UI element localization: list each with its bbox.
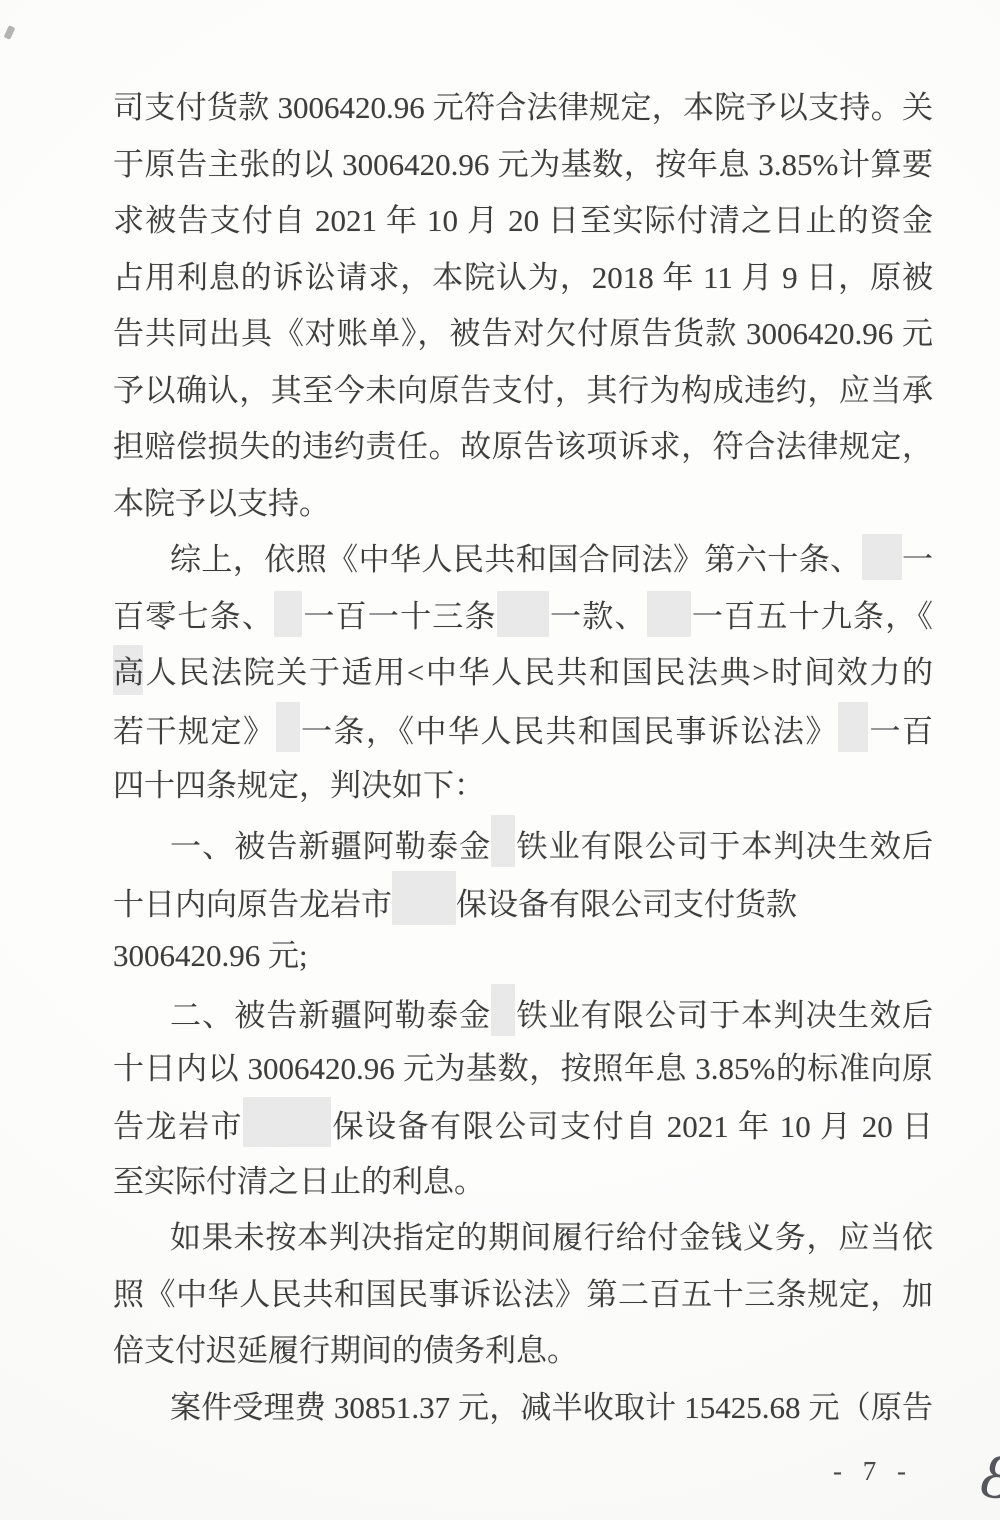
text-line: 3006420.96 元; — [113, 928, 933, 985]
text-line: 本院予以支持。 — [113, 476, 933, 533]
text-segment: 铁业有限公司于本判决生效后 — [515, 829, 933, 864]
text-line: 十日内以 3006420.96 元为基数，按照年息 3.85%的标准向原 — [113, 1041, 933, 1098]
page-number: - 7 - — [833, 1456, 913, 1487]
text-line: 四十四条规定，判决如下： — [113, 758, 933, 815]
text-segment: 司支付货款 3006420.96 元符合法律规定，本院予以支持。关 — [113, 90, 933, 125]
text-line: 高人民法院关于适用<中华人民共和国民法典>时间效力的 — [113, 645, 933, 702]
text-segment: 若干规定》 — [113, 714, 276, 749]
text-segment: 一条，《中华人民共和国民事诉讼法》 — [300, 714, 839, 749]
text-segment: 百零七条、 — [113, 599, 274, 634]
text-segment: 求被告支付自 2021 年 10 月 20 日至实际付清之日止的资金 — [113, 203, 933, 238]
redaction-block — [491, 815, 515, 867]
text-segment: 照《中华人民共和国民事诉讼法》第二百五十三条规定，加 — [113, 1277, 933, 1312]
text-line: 倍支付迟延履行期间的债务利息。 — [113, 1323, 933, 1380]
text-segment: 铁业有限公司于本判决生效后 — [515, 998, 933, 1033]
handwritten-page-mark: 8 — [976, 1438, 1000, 1516]
text-line: 至实际付清之日止的利息。 — [113, 1154, 933, 1211]
text-segment: 倍支付迟延履行期间的债务利息。 — [113, 1333, 578, 1368]
redaction-block — [276, 702, 300, 752]
text-line: 百零七条、一百一十三条一款、一百五十九条，《 — [113, 589, 933, 646]
text-segment: 本院予以支持。 — [113, 486, 330, 521]
text-line: 求被告支付自 2021 年 10 月 20 日至实际付清之日止的资金 — [113, 193, 933, 250]
text-segment: 十日内以 3006420.96 元为基数，按照年息 3.85%的标准向原 — [113, 1051, 933, 1086]
text-segment: 予以确认，其至今未向原告支付，其行为构成违约，应当承 — [113, 373, 933, 408]
text-segment: 二、被告新疆阿勒泰金 — [170, 998, 491, 1033]
text-line: 告共同出具《对账单》，被告对欠付原告货款 3006420.96 元 — [113, 306, 933, 363]
text-segment: 告共同出具《对账单》，被告对欠付原告货款 3006420.96 元 — [113, 316, 933, 351]
text-segment: 一款、 — [549, 599, 647, 634]
text-line: 于原告主张的以 3006420.96 元为基数，按年息 3.85%计算要 — [113, 137, 933, 194]
text-line: 一、被告新疆阿勒泰金铁业有限公司于本判决生效后 — [113, 815, 933, 872]
redaction-block — [862, 534, 902, 580]
text-line: 司支付货款 3006420.96 元符合法律规定，本院予以支持。关 — [113, 80, 933, 137]
text-line: 若干规定》一条，《中华人民共和国民事诉讼法》一百 — [113, 702, 933, 759]
text-segment: 案件受理费 30851.37 元，减半收取计 15425.68 元（原告 — [170, 1390, 933, 1425]
text-segment: 保设备有限公司支付自 2021 年 10 月 20 日 — [331, 1109, 933, 1144]
text-line: 十日内向原告龙岩市保设备有限公司支付货款 — [113, 871, 933, 928]
redaction-block — [243, 1097, 331, 1147]
text-segment: 担赔偿损失的违约责任。故原告该项诉求，符合法律规定， — [113, 429, 933, 464]
text-segment: 一、被告新疆阿勒泰金 — [170, 829, 491, 864]
scan-speck — [4, 25, 16, 40]
text-segment: 高人民法院关于适用<中华人民共和国民法典>时间效力的 — [113, 655, 933, 690]
text-segment: 保设备有限公司支付货款 — [456, 887, 797, 922]
redaction-block — [392, 871, 456, 925]
text-segment: 占用利息的诉讼请求，本院认为，2018 年 11 月 9 日，原被 — [113, 260, 933, 295]
text-line: 二、被告新疆阿勒泰金铁业有限公司于本判决生效后 — [113, 984, 933, 1041]
text-line: 担赔偿损失的违约责任。故原告该项诉求，符合法律规定， — [113, 419, 933, 476]
text-segment: 至实际付清之日止的利息。 — [113, 1164, 485, 1199]
text-line: 予以确认，其至今未向原告支付，其行为构成违约，应当承 — [113, 363, 933, 420]
text-segment: 一百一十三条 — [302, 599, 497, 634]
text-segment: 3006420.96 元; — [113, 938, 308, 973]
text-line: 照《中华人民共和国民事诉讼法》第二百五十三条规定，加 — [113, 1267, 933, 1324]
text-line: 如果未按本判决指定的期间履行给付金钱义务，应当依 — [113, 1210, 933, 1267]
text-segment: 一 — [902, 542, 933, 577]
redaction-block — [491, 984, 515, 1036]
text-segment: 于原告主张的以 3006420.96 元为基数，按年息 3.85%计算要 — [113, 147, 933, 182]
judgment-page: 司支付货款 3006420.96 元符合法律规定，本院予以支持。关于原告主张的以… — [0, 0, 1000, 1520]
text-line: 占用利息的诉讼请求，本院认为，2018 年 11 月 9 日，原被 — [113, 250, 933, 307]
text-line: 案件受理费 30851.37 元，减半收取计 15425.68 元（原告 — [113, 1380, 933, 1437]
redaction-block — [497, 591, 549, 637]
text-segment: 综上，依照《中华人民共和国合同法》第六十条、 — [170, 542, 862, 577]
text-segment: 如果未按本判决指定的期间履行给付金钱义务，应当依 — [170, 1220, 933, 1255]
text-segment: 告龙岩市 — [113, 1109, 243, 1144]
text-segment: 一百 — [868, 714, 933, 749]
redaction-block — [838, 702, 868, 752]
text-segment: 一百五十九条，《 — [691, 599, 933, 634]
text-segment: 十日内向原告龙岩市 — [113, 887, 392, 922]
redaction-block — [274, 591, 302, 637]
redaction-block — [647, 591, 691, 637]
document-text-block: 司支付货款 3006420.96 元符合法律规定，本院予以支持。关于原告主张的以… — [113, 80, 933, 1436]
text-line: 告龙岩市保设备有限公司支付自 2021 年 10 月 20 日 — [113, 1097, 933, 1154]
text-line: 综上，依照《中华人民共和国合同法》第六十条、一 — [113, 532, 933, 589]
text-segment: 四十四条规定，判决如下： — [113, 768, 485, 803]
